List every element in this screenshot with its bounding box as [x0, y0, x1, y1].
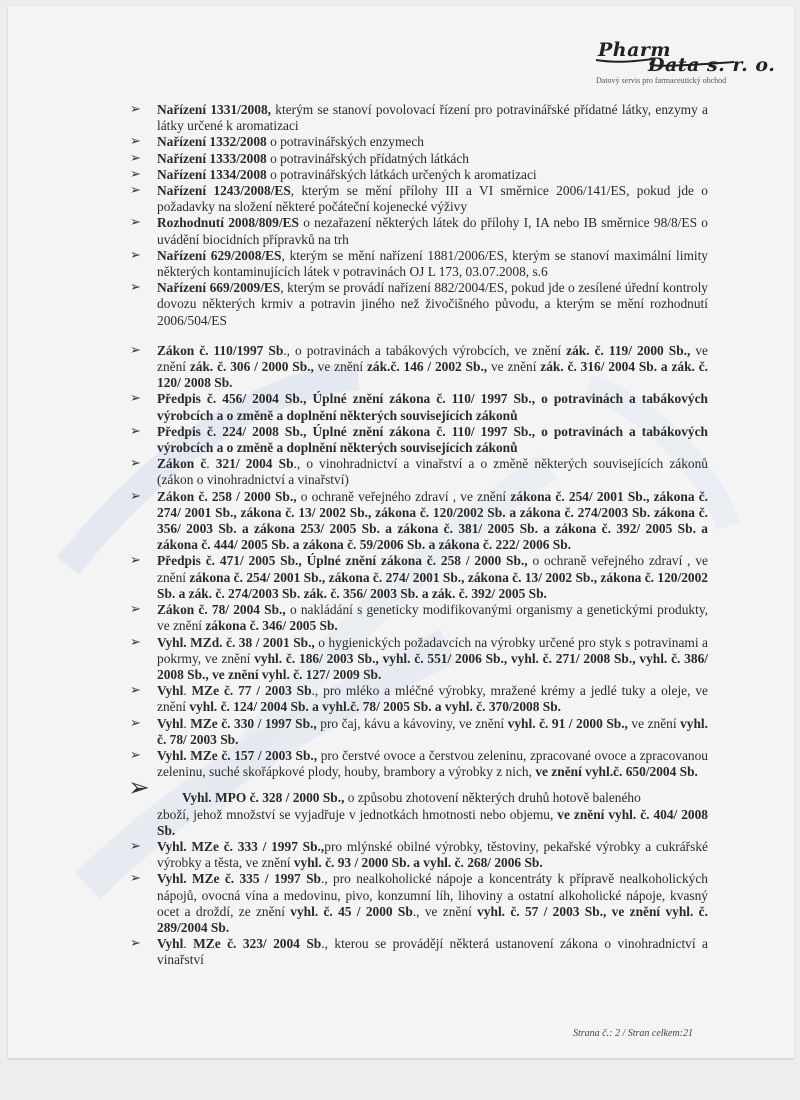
list-item-large-bullet: ➢ Vyhl. MPO č. 328 / 2000 Sb., o způsobu…	[130, 790, 708, 839]
large-arrow-bullet-icon: ➢	[128, 780, 150, 796]
arrow-bullet-icon: ➢	[130, 716, 141, 732]
arrow-bullet-icon: ➢	[130, 602, 141, 618]
logo-line2: Data s. r. o.	[648, 54, 775, 76]
list-item: ➢Nařízení 1243/2008/ES, kterým se mění p…	[130, 183, 708, 215]
list-item: ➢Nařízení 1331/2008, kterým se stanoví p…	[130, 102, 708, 134]
big-item-line1: Vyhl. MPO č. 328 / 2000 Sb., o způsobu z…	[182, 790, 641, 805]
arrow-bullet-icon: ➢	[130, 215, 141, 231]
list-item: ➢Nařízení 629/2008/ES, kterým se mění na…	[130, 248, 708, 280]
list-item: ➢Vyhl. MZe č. 323/ 2004 Sb., kterou se p…	[130, 936, 708, 968]
list-item: ➢Vyhl. MZe č. 335 / 1997 Sb., pro nealko…	[130, 871, 708, 936]
legislation-list: ➢Nařízení 1331/2008, kterým se stanoví p…	[130, 102, 708, 969]
logo-tagline: Datový servis pro farmaceutický obchod	[596, 76, 726, 85]
arrow-bullet-icon: ➢	[130, 553, 141, 569]
arrow-bullet-icon: ➢	[130, 839, 141, 855]
arrow-bullet-icon: ➢	[130, 102, 141, 118]
list-item: ➢Vyhl. MZe č. 157 / 2003 Sb., pro čerstv…	[130, 748, 708, 780]
arrow-bullet-icon: ➢	[130, 683, 141, 699]
big-item-line2: zboží, jehož množství se vyjadřuje v jed…	[130, 807, 708, 839]
arrow-bullet-icon: ➢	[130, 280, 141, 296]
arrow-bullet-icon: ➢	[130, 871, 141, 887]
list-item: ➢Nařízení 1334/2008 o potravinářských lá…	[130, 167, 708, 183]
list-item: ➢Předpis č. 456/ 2004 Sb., Úplné znění z…	[130, 391, 708, 423]
arrow-bullet-icon: ➢	[130, 456, 141, 472]
arrow-bullet-icon: ➢	[130, 936, 141, 952]
arrow-bullet-icon: ➢	[130, 391, 141, 407]
list-item: ➢Předpis č. 224/ 2008 Sb., Úplné znění z…	[130, 424, 708, 456]
list-item: ➢Rozhodnutí 2008/809/ES o nezařazení něk…	[130, 215, 708, 247]
arrow-bullet-icon: ➢	[130, 343, 141, 359]
arrow-bullet-icon: ➢	[130, 134, 141, 150]
arrow-bullet-icon: ➢	[130, 424, 141, 440]
list-item: ➢Vyhl. MZe č. 330 / 1997 Sb., pro čaj, k…	[130, 716, 708, 748]
document-page: Pharm Data s. r. o. Datový servis pro fa…	[8, 6, 794, 1058]
arrow-bullet-icon: ➢	[130, 151, 141, 167]
arrow-bullet-icon: ➢	[130, 635, 141, 651]
list-item: ➢Nařízení 669/2009/ES, kterým se provádí…	[130, 280, 708, 329]
section-gap	[130, 329, 708, 343]
list-item: ➢Nařízení 1333/2008 o potravinářských př…	[130, 151, 708, 167]
list-item: ➢Předpis č. 471/ 2005 Sb., Úplné znění z…	[130, 553, 708, 602]
list-item: ➢Zákon č. 110/1997 Sb., o potravinách a …	[130, 343, 708, 392]
arrow-bullet-icon: ➢	[130, 748, 141, 764]
page-number: Strana č.: 2 / Stran celkem:21	[573, 1028, 693, 1039]
list-item: ➢Vyhl. MZd. č. 38 / 2001 Sb., o hygienic…	[130, 635, 708, 684]
list-item: ➢Zákon č. 321/ 2004 Sb., o vinohradnictv…	[130, 456, 708, 488]
arrow-bullet-icon: ➢	[130, 183, 141, 199]
arrow-bullet-icon: ➢	[130, 248, 141, 264]
arrow-bullet-icon: ➢	[130, 167, 141, 183]
list-item: ➢Vyhl. MZe č. 333 / 1997 Sb.,pro mlýnské…	[130, 839, 708, 871]
list-item: ➢Nařízení 1332/2008 o potravinářských en…	[130, 134, 708, 150]
arrow-bullet-icon: ➢	[130, 489, 141, 505]
pharmdata-logo: Pharm Data s. r. o. Datový servis pro fa…	[590, 36, 800, 91]
list-item: ➢Zákon č. 78/ 2004 Sb., o nakládání s ge…	[130, 602, 708, 634]
list-item: ➢Vyhl. MZe č. 77 / 2003 Sb., pro mléko a…	[130, 683, 708, 715]
list-item: ➢Zákon č. 258 / 2000 Sb., o ochraně veře…	[130, 489, 708, 554]
